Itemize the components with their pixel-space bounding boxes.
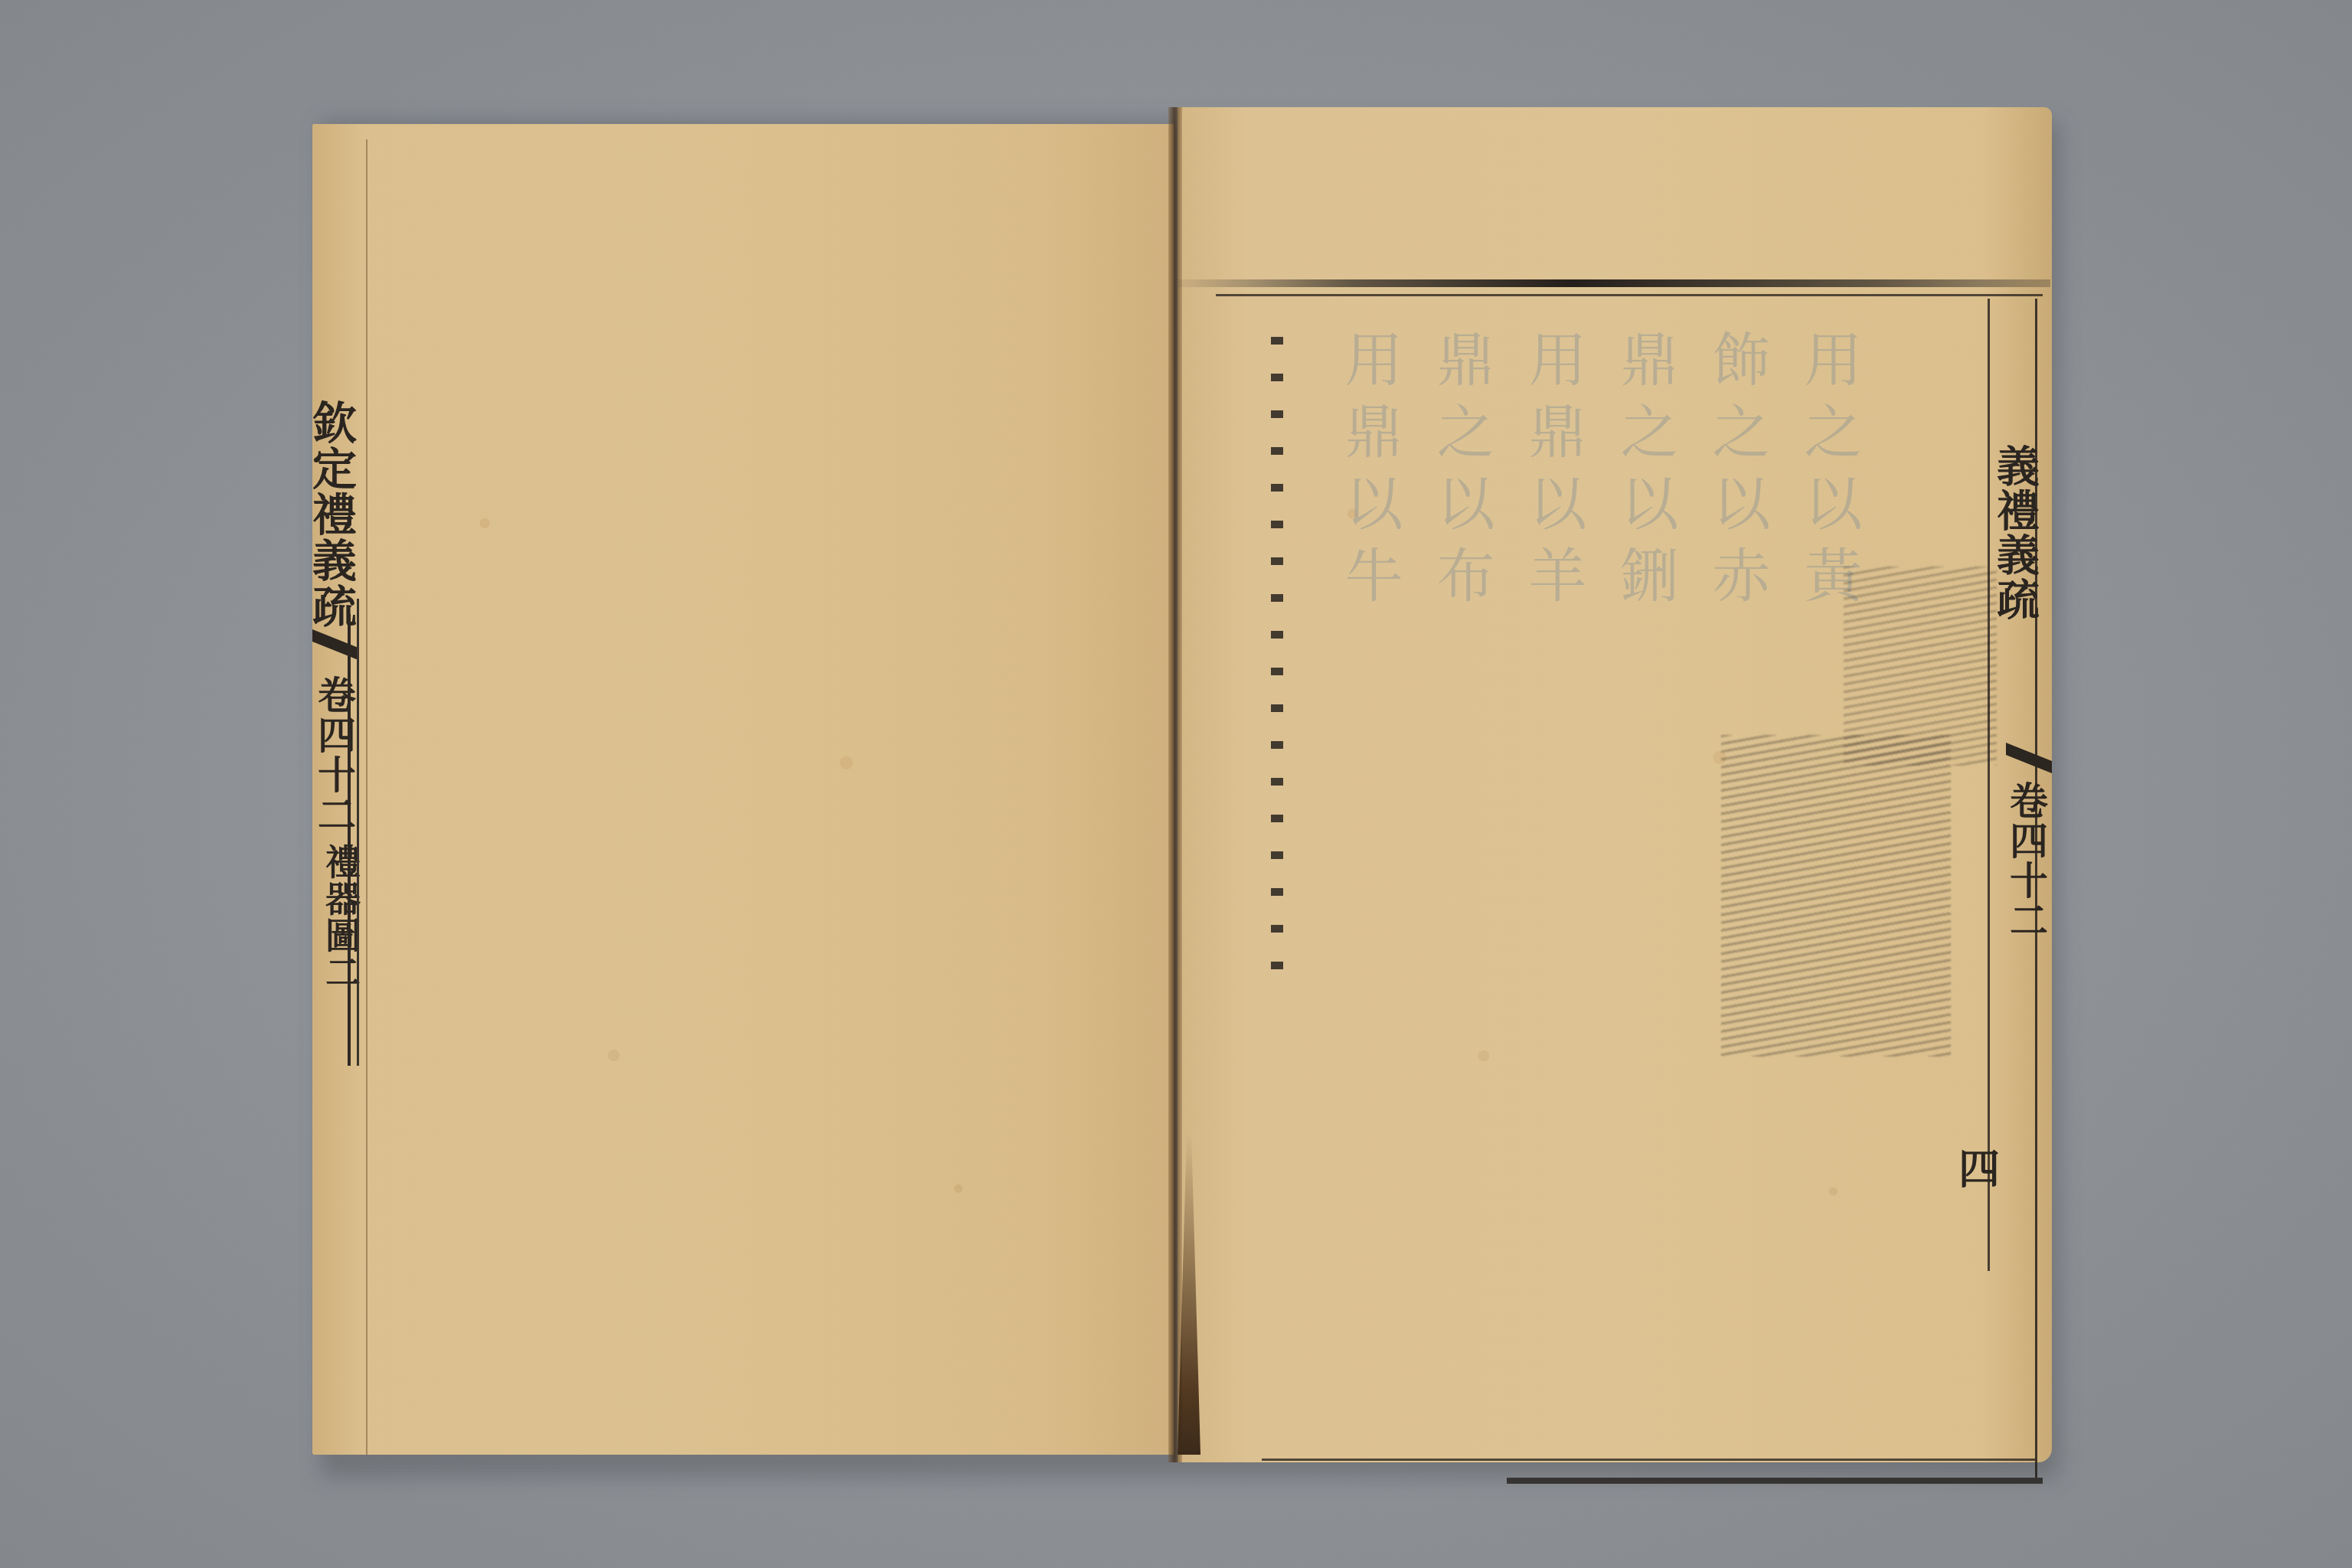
page-number: 四 bbox=[1958, 1137, 2000, 1196]
left-margin-text: 欽定禮義疏 bbox=[308, 400, 354, 629]
book-gutter bbox=[1168, 107, 1182, 1462]
margin-rule bbox=[357, 599, 359, 1066]
paper-stains bbox=[312, 124, 1174, 1455]
show-through-column: 鼎之以鉶 bbox=[1614, 329, 1675, 617]
offset-ink-dots bbox=[1271, 337, 1283, 995]
show-through-column: 鼎之以布 bbox=[1430, 329, 1491, 617]
fold-crease bbox=[366, 139, 367, 1456]
print-frame-bottom bbox=[1262, 1459, 2035, 1461]
right-margin-volume: 卷四十二 bbox=[2004, 781, 2047, 940]
print-frame-bottom-outer bbox=[1507, 1478, 2043, 1484]
left-margin-title: 欽定禮義疏 bbox=[305, 400, 357, 629]
left-margin-section: 禮器圖二 bbox=[322, 844, 360, 991]
show-through-column: 飾之以赤 bbox=[1706, 329, 1767, 617]
ink-offset-smudge bbox=[1844, 567, 1997, 766]
margin-rule bbox=[348, 614, 351, 1066]
print-frame-top-inner bbox=[1216, 294, 2043, 296]
show-through-column: 用鼎以牛 bbox=[1338, 329, 1400, 617]
left-page: 欽定禮義疏 卷四十二 禮器圖二 bbox=[312, 124, 1174, 1455]
show-through-column: 用鼎以羊 bbox=[1522, 329, 1583, 617]
print-frame-top bbox=[1178, 279, 2050, 287]
right-margin-text: 義禮義疏 bbox=[1992, 444, 2038, 622]
open-book: 欽定禮義疏 卷四十二 禮器圖二 用鼎以牛 鼎之以布 用鼎以羊 鼎之以鉶 飾之以赤… bbox=[312, 107, 2052, 1464]
fishtail-mark bbox=[312, 629, 358, 660]
ink-offset-smudge bbox=[1721, 735, 1951, 1057]
